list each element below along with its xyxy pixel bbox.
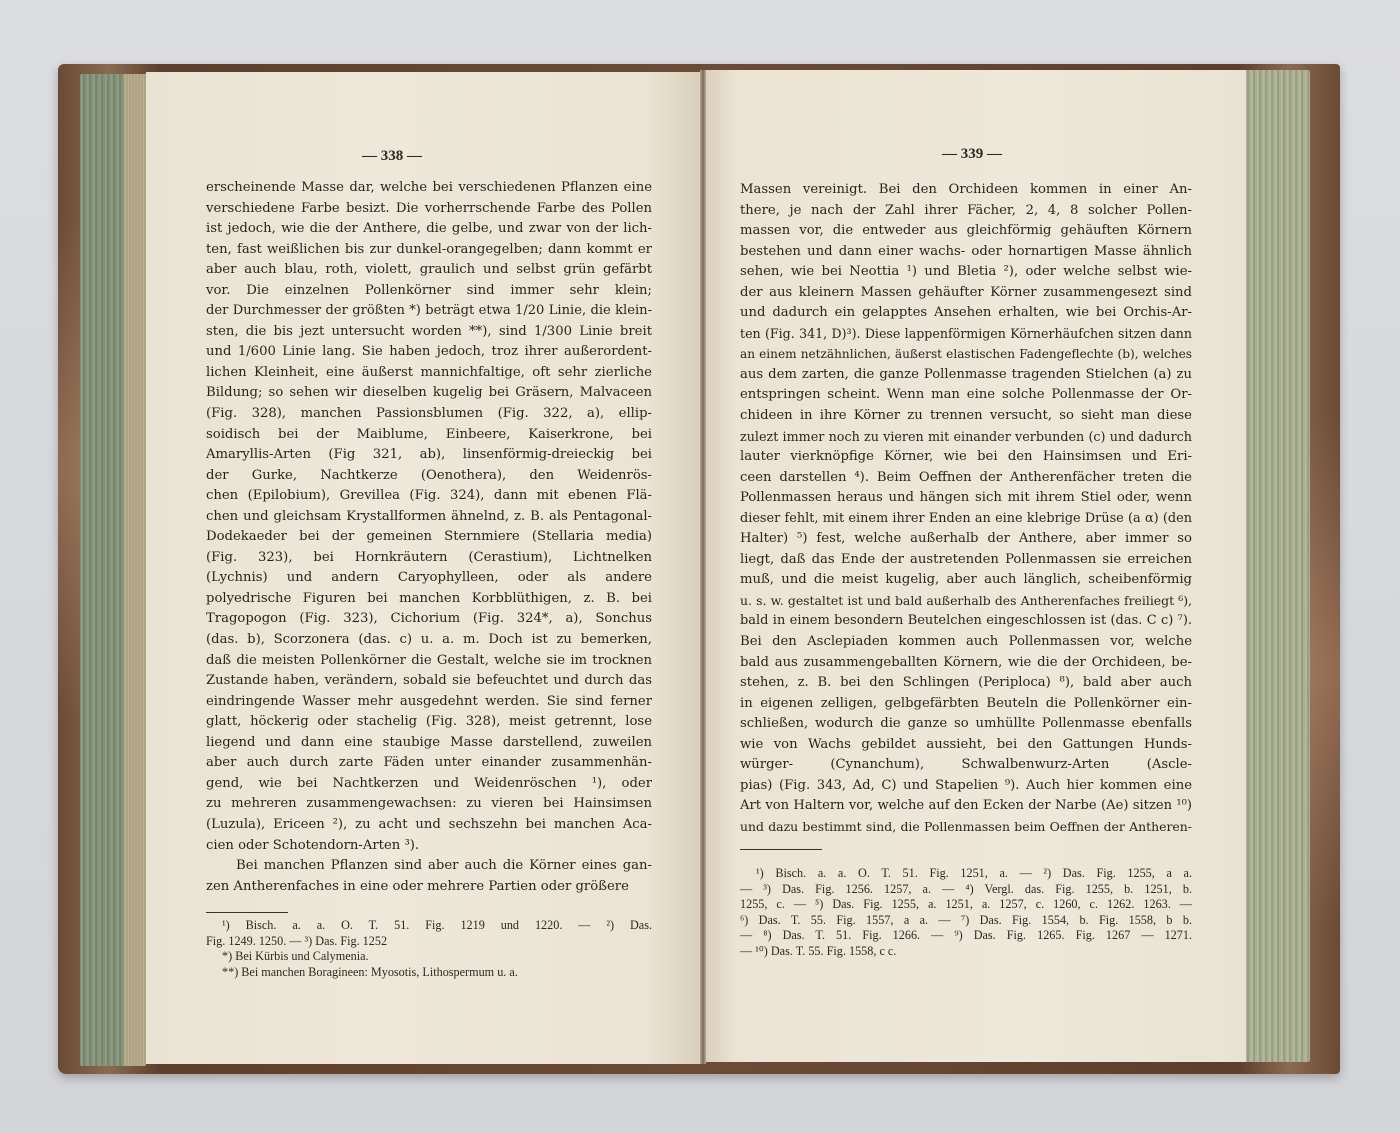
page-number: — 339 — <box>701 146 1243 163</box>
text-line: aber auch blau, roth, violett, graulich … <box>206 260 652 281</box>
text-line: eindringende Wasser mehr ausgedehnt werd… <box>206 692 652 713</box>
text-line: bestehen und dann einer wachs- oder horn… <box>740 242 1192 263</box>
footnotes: ¹) Bisch. a. a. O. T. 51. Fig. 1219 und … <box>206 918 652 980</box>
page-number: — 338 — <box>114 148 670 165</box>
text-line: erscheinende Masse dar, welche bei versc… <box>206 178 652 199</box>
text-line: Pollenmassen heraus und hängen sich mit … <box>740 488 1192 509</box>
text-line: pias) (Fig. 343, Ad, C) und Stapelien ⁹)… <box>740 776 1192 797</box>
text-line: gend, wie bei Nachtkerzen und Weidenrösc… <box>206 774 652 795</box>
text-line: würger- (Cynanchum), Schwalbenwurz-Arten… <box>740 755 1192 776</box>
text-line: there, je nach der Zahl ihrer Fächer, 2,… <box>740 201 1192 222</box>
text-line: chen (Epilobium), Grevillea (Fig. 324), … <box>206 486 652 507</box>
footnote-line: — ⁸) Das. T. 51. Fig. 1266. — ⁹) Das. Fi… <box>740 928 1192 944</box>
left-page: — 338 — erscheinende Masse dar, welche b… <box>146 72 702 1064</box>
text-line: sehen, wie bei Neottia ¹) und Bletia ²),… <box>740 262 1192 283</box>
text-line: liegend und dann eine staubige Masse dar… <box>206 733 652 754</box>
text-line: zulezt immer noch zu vieren mit einander… <box>740 427 1192 448</box>
footnote-rule <box>740 849 822 850</box>
text-line: ist jedoch, wie die der Anthere, die gel… <box>206 219 652 240</box>
text-line: wie von Wachs gebildet aussieht, bei den… <box>740 735 1192 756</box>
text-line: Bei manchen Pflanzen sind aber auch die … <box>206 856 652 877</box>
text-line: und dazu bestimmt sind, die Pollenmassen… <box>740 817 1192 838</box>
text-line: chen und gleichsam Krystallformen ähneln… <box>206 507 652 528</box>
text-line: vor. Die einzelnen Pollenkörner sind imm… <box>206 281 652 302</box>
text-line: daß die meisten Pollenkörner die Gestalt… <box>206 651 652 672</box>
text-line: stehen, z. B. bei den Schlingen (Periplo… <box>740 673 1192 694</box>
text-line: (Lychnis) und andern Caryophylleen, oder… <box>206 568 652 589</box>
text-line: der Durchmesser der größten *) beträgt e… <box>206 301 652 322</box>
text-line: soidisch bei der Maiblume, Einbeere, Kai… <box>206 425 652 446</box>
footnote-line: *) Bei Kürbis und Calymenia. <box>206 949 652 965</box>
text-line: massen vor, die entweder aus gleichförmi… <box>740 221 1192 242</box>
page-block-edge-left <box>80 74 146 1066</box>
text-line: Tragopogon (Fig. 323), Cichorium (Fig. 3… <box>206 609 652 630</box>
text-line: Amaryllis-Arten (Fig 321, ab), linsenför… <box>206 445 652 466</box>
text-line: zu mehreren zusammengewachsen: zu vieren… <box>206 794 652 815</box>
text-line: Bei den Asclepiaden kommen auch Pollenma… <box>740 632 1192 653</box>
body-text: erscheinende Masse dar, welche bei versc… <box>206 178 652 897</box>
text-line: lichen Kleinheit, eine äußerst mannichfa… <box>206 363 652 384</box>
footnote-line: ¹) Bisch. a. a. O. T. 51. Fig. 1251, a. … <box>740 866 1192 882</box>
text-line: (Fig. 328), manchen Passionsblumen (Fig.… <box>206 404 652 425</box>
text-line: (Fig. 323), bei Hornkräutern (Cerastium)… <box>206 548 652 569</box>
right-page: — 339 — Massen vereinigt. Bei den Orchid… <box>704 70 1246 1062</box>
text-line: chideen in ihre Körner zu trennen versuc… <box>740 406 1192 427</box>
text-line: aber auch durch zarte Fäden unter einand… <box>206 753 652 774</box>
text-line: lauter vierknöpfige Körner, wie bei den … <box>740 447 1192 468</box>
text-line: muß, und die meist kugelig, aber auch lä… <box>740 570 1192 591</box>
text-line: schließen, wodurch die ganze so umhüllte… <box>740 714 1192 735</box>
page-block-edge-right <box>1244 70 1310 1062</box>
text-line: in eigenen zelligen, gelbgefärbten Beute… <box>740 694 1192 715</box>
footnote-line: **) Bei manchen Boragineen: Myosotis, Li… <box>206 965 652 981</box>
text-line: Halter) ⁵) fest, welche außerhalb der An… <box>740 529 1192 550</box>
text-line: cien oder Schotendorn-Arten ³). <box>206 836 652 857</box>
footnote-rule <box>206 912 288 913</box>
text-line: an einem netzähnlichen, äußerst elastisc… <box>740 344 1192 365</box>
text-line: Massen vereinigt. Bei den Orchideen komm… <box>740 180 1192 201</box>
text-line: und 1/600 Linie lang. Sie haben jedoch, … <box>206 342 652 363</box>
text-line: sten, die bis jezt untersucht worden **)… <box>206 322 652 343</box>
footnote-line: ¹) Bisch. a. a. O. T. 51. Fig. 1219 und … <box>206 918 652 934</box>
text-line: bald aus zusammengeballten Körnern, wie … <box>740 653 1192 674</box>
text-line: der aus kleinern Massen gehäufter Körner… <box>740 283 1192 304</box>
text-line: dieser fehlt, mit einem ihrer Enden an e… <box>740 509 1192 530</box>
text-line: glatt, höckerig oder stachelig (Fig. 328… <box>206 712 652 733</box>
text-line: der Gurke, Nachtkerze (Oenothera), den W… <box>206 466 652 487</box>
text-line: aus dem zarten, die ganze Pollenmasse tr… <box>740 365 1192 386</box>
footnote-line: ⁶) Das. T. 55. Fig. 1557, a a. — ⁷) Das.… <box>740 913 1192 929</box>
text-line: ten (Fig. 341, D)³). Diese lappenförmige… <box>740 324 1192 345</box>
footnote-line: Fig. 1249. 1250. — ³) Das. Fig. 1252 <box>206 934 652 950</box>
text-line: zen Antherenfaches in eine oder mehrere … <box>206 877 652 898</box>
text-line: verschiedene Farbe besizt. Die vorherrsc… <box>206 199 652 220</box>
text-line: Bildung; so sehen wir dieselben kugelig … <box>206 383 652 404</box>
text-line: Art von Haltern vor, welche auf den Ecke… <box>740 796 1192 817</box>
text-line: Zustande haben, verändern, sobald sie be… <box>206 671 652 692</box>
text-line: liegt, daß das Ende der austretenden Pol… <box>740 550 1192 571</box>
text-line: ten, fast weißlichen bis zur dunkel-oran… <box>206 240 652 261</box>
footnote-line: — ³) Das. Fig. 1256. 1257, a. — ⁴) Vergl… <box>740 882 1192 898</box>
text-line: Dodekaeder bei der gemeinen Sternmiere (… <box>206 527 652 548</box>
text-line: bald in einem besondern Beutelchen einge… <box>740 611 1192 632</box>
text-line: (das. b), Scorzonera (das. c) u. a. m. D… <box>206 630 652 651</box>
text-line: (Luzula), Ericeen ²), zu acht und sechsz… <box>206 815 652 836</box>
footnote-line: 1255, c. — ⁵) Das. Fig. 1255, a. 1251, a… <box>740 897 1192 913</box>
body-text: Massen vereinigt. Bei den Orchideen komm… <box>740 180 1192 838</box>
book-gutter <box>700 70 706 1064</box>
text-line: u. s. w. gestaltet ist und bald außerhal… <box>740 591 1192 612</box>
text-line: und dadurch ein gelapptes Ansehen erhalt… <box>740 303 1192 324</box>
text-line: polyedrische Figuren bei manchen Korbblü… <box>206 589 652 610</box>
text-line: entspringen scheint. Wenn man eine solch… <box>740 385 1192 406</box>
footnote-line: — ¹⁰) Das. T. 55. Fig. 1558, c c. <box>740 944 1192 960</box>
footnotes: ¹) Bisch. a. a. O. T. 51. Fig. 1251, a. … <box>740 866 1192 960</box>
text-line: ceen darstellen ⁴). Beim Oeffnen der Ant… <box>740 468 1192 489</box>
